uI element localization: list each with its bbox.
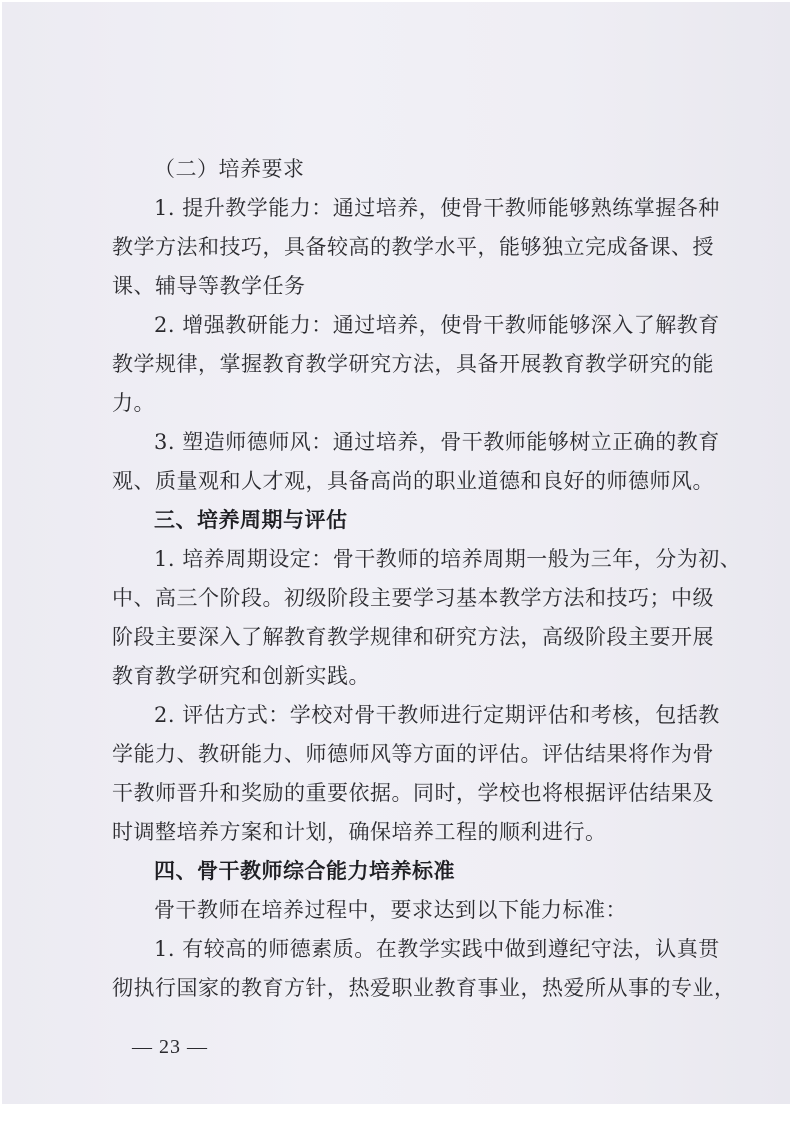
paragraph-line: 教学规律，掌握教育教学研究方法，具备开展教育教学研究的能 (112, 345, 722, 384)
paragraph-line: 力。 (112, 384, 722, 423)
paragraph-line: 课、辅导等教学任务 (112, 267, 722, 306)
page-number: — 23 — (132, 1036, 208, 1059)
paragraph-line: 阶段主要深入了解教育教学规律和研究方法，高级阶段主要开展 (112, 618, 722, 657)
document-page: （二）培养要求 1. 提升教学能力：通过培养，使骨干教师能够熟练掌握各种 教学方… (2, 2, 790, 1104)
paragraph-line: 彻执行国家的教育方针，热爱职业教育事业，热爱所从事的专业， (112, 969, 722, 1008)
paragraph-line: 教学方法和技巧，具备较高的教学水平，能够独立完成备课、授 (112, 228, 722, 267)
paragraph-line: 教育教学研究和创新实践。 (112, 657, 722, 696)
section-heading-ability-standards: 四、骨干教师综合能力培养标准 (112, 852, 722, 891)
paragraph-line: 观、质量观和人才观，具备高尚的职业道德和良好的师德师风。 (112, 462, 722, 501)
subheading-training-requirements: （二）培养要求 (112, 150, 722, 189)
paragraph-line: 1. 提升教学能力：通过培养，使骨干教师能够熟练掌握各种 (112, 189, 722, 228)
paragraph-line: 1. 有较高的师德素质。在教学实践中做到遵纪守法，认真贯 (112, 930, 722, 969)
paragraph-line: 2. 增强教研能力：通过培养，使骨干教师能够深入了解教育 (112, 306, 722, 345)
paragraph-line: 3. 塑造师德师风：通过培养，骨干教师能够树立正确的教育 (112, 423, 722, 462)
paragraph-line: 1. 培养周期设定：骨干教师的培养周期一般为三年，分为初、 (112, 540, 722, 579)
paragraph-line: 中、高三个阶段。初级阶段主要学习基本教学方法和技巧；中级 (112, 579, 722, 618)
section-heading-cycle-evaluation: 三、培养周期与评估 (112, 501, 722, 540)
page-content: （二）培养要求 1. 提升教学能力：通过培养，使骨干教师能够熟练掌握各种 教学方… (112, 150, 722, 1008)
paragraph-line: 时调整培养方案和计划，确保培养工程的顺利进行。 (112, 813, 722, 852)
paragraph-line: 2. 评估方式：学校对骨干教师进行定期评估和考核，包括教 (112, 696, 722, 735)
paragraph-line: 干教师晋升和奖励的重要依据。同时，学校也将根据评估结果及 (112, 774, 722, 813)
paragraph-line: 骨干教师在培养过程中，要求达到以下能力标准： (112, 891, 722, 930)
paragraph-line: 学能力、教研能力、师德师风等方面的评估。评估结果将作为骨 (112, 735, 722, 774)
